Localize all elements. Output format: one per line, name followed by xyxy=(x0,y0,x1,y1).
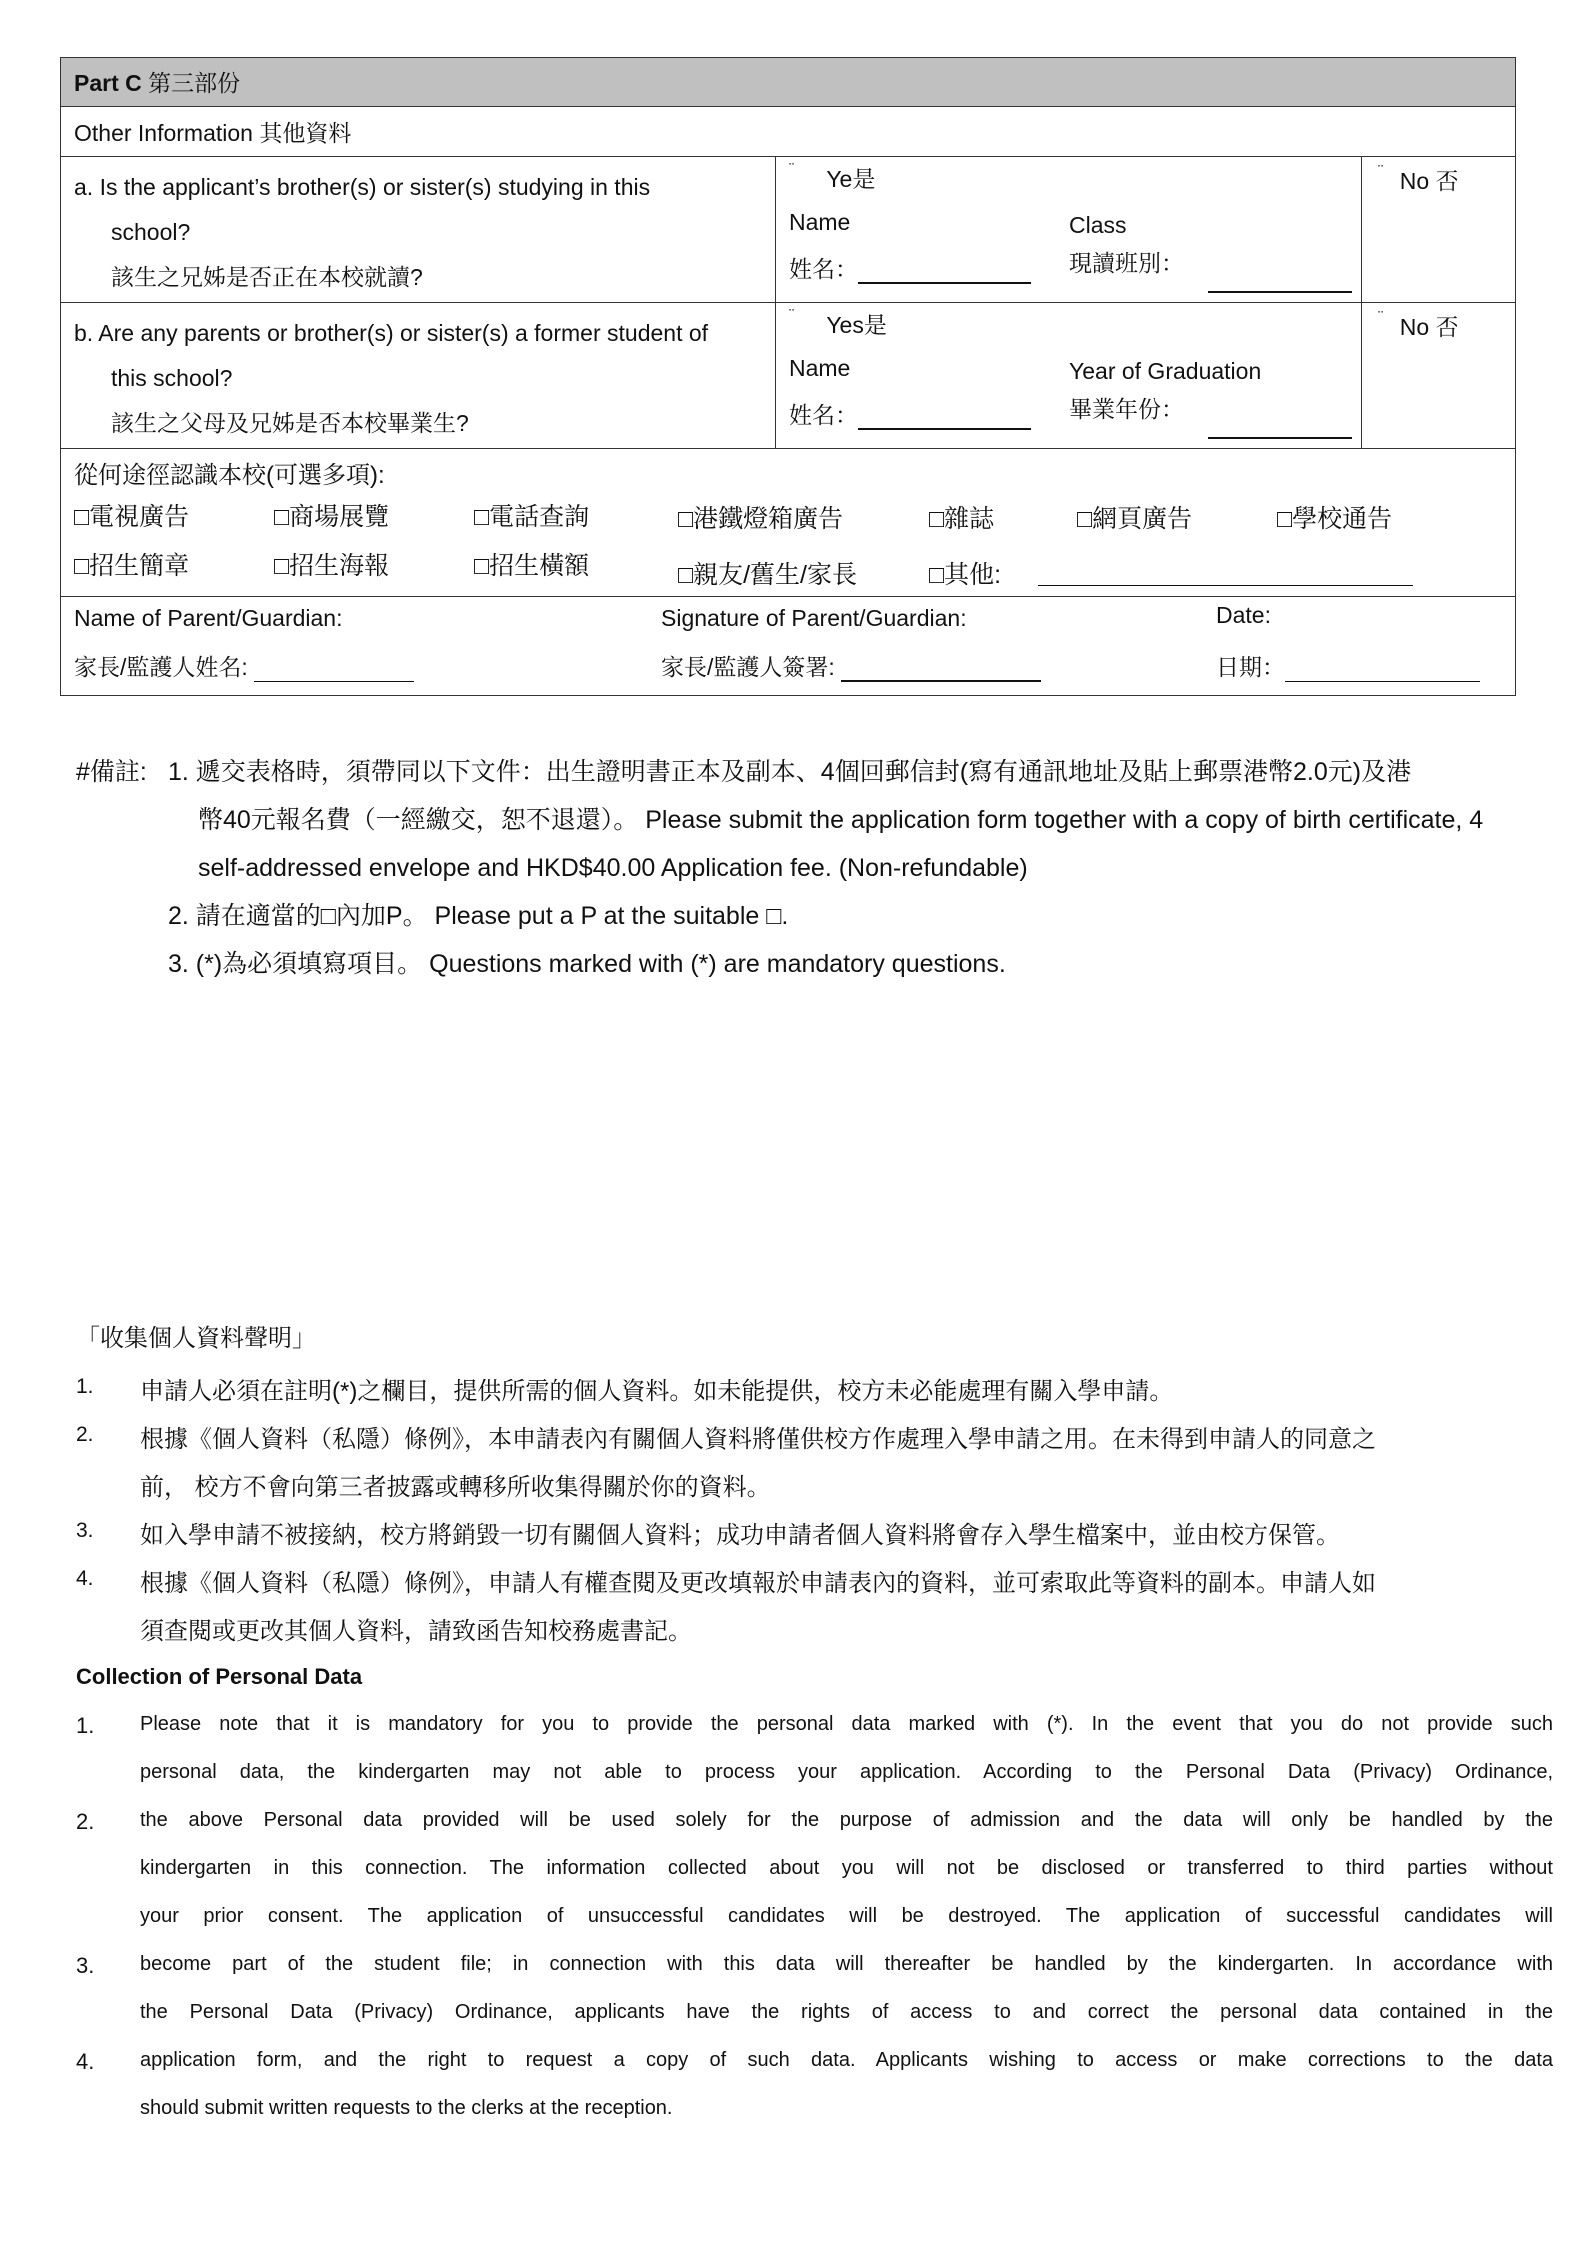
question-b-yes-cell: ¨ Yes是 Name 姓名： Year of Graduation 畢業年份： xyxy=(776,303,1362,448)
note-2: 2. 請在適當的□內加P。 Please put a P at the suit… xyxy=(168,892,788,940)
class-label-en: Class xyxy=(1069,212,1127,239)
guardian-name-field[interactable]: 家長/監護人姓名: xyxy=(74,649,414,682)
privacy-en-num-1: 1. xyxy=(76,1713,94,1739)
graduation-year-input-line[interactable] xyxy=(1208,411,1352,439)
privacy-en-line-2: personal data, the kindergarten may not … xyxy=(140,1761,1553,1784)
date-label-zh: 日期： xyxy=(1216,654,1285,680)
checkbox-icon: ¨ xyxy=(1378,309,1383,326)
question-a-yes-checkbox[interactable]: ¨ Ye是 xyxy=(789,161,875,194)
yes-label: Ye是 xyxy=(826,166,875,192)
how-did-you-know-row: 從何途徑認識本校(可選多項): □電視廣告 □商場展覽 □電話查詢 □港鐵燈箱廣… xyxy=(61,449,1515,597)
privacy-title-zh: 「收集個人資料聲明」 xyxy=(76,1318,316,1353)
question-a-text: a. Is the applicant’s brother(s) or sist… xyxy=(61,157,776,302)
graduation-year-label-zh: 畢業年份： xyxy=(1069,391,1184,424)
other-info-heading: Other Information 其他資料 xyxy=(61,107,1515,157)
channel-option-tv-ad[interactable]: □電視廣告 xyxy=(74,497,189,533)
channel-option-poster[interactable]: □招生海報 xyxy=(274,546,389,582)
question-b-no-checkbox[interactable]: ¨ No 否 xyxy=(1362,303,1515,448)
channel-option-web-ad[interactable]: □網頁廣告 xyxy=(1077,499,1192,535)
privacy-en-line-8: application form, and the right to reque… xyxy=(140,2049,1553,2072)
privacy-en-line-7: the Personal Data (Privacy) Ordinance, a… xyxy=(140,2001,1553,2024)
channel-option-mall-exhibition[interactable]: □商場展覽 xyxy=(274,497,389,533)
date-label-en: Date: xyxy=(1216,602,1271,629)
checkbox-icon: ¨ xyxy=(789,161,794,178)
part-c-label: Part C xyxy=(74,70,142,96)
privacy-zh-num-2: 2. xyxy=(76,1423,94,1447)
checkbox-icon: ¨ xyxy=(1378,163,1383,180)
question-a-no-checkbox[interactable]: ¨ No 否 xyxy=(1362,157,1515,302)
question-a-line2: school? xyxy=(74,210,762,255)
name-label-en: Name xyxy=(789,209,850,236)
question-a-line3-zh: 該生之兄姊是否正在本校就讀? xyxy=(74,255,762,300)
channel-option-mtr-lightbox[interactable]: □港鐵燈箱廣告 xyxy=(678,499,843,535)
notes-prefix: #備註: xyxy=(76,748,147,796)
part-c-label-zh: 第三部份 xyxy=(148,70,240,96)
privacy-en-line-4: kindergarten in this connection. The inf… xyxy=(140,1857,1553,1880)
channel-option-school-notice[interactable]: □學校通告 xyxy=(1277,499,1392,535)
guardian-name-label-en: Name of Parent/Guardian: xyxy=(74,605,342,632)
guardian-signature-input-line[interactable] xyxy=(841,656,1041,682)
privacy-en-num-3: 3. xyxy=(76,1953,94,1979)
privacy-title-en: Collection of Personal Data xyxy=(76,1664,362,1690)
privacy-zh-item-4-line-1: 根據《個人資料（私隱）條例》，申請人有權查閱及更改填報於申請表內的資料，並可索取… xyxy=(140,1563,1376,1598)
no-label: No 否 xyxy=(1400,314,1459,340)
privacy-zh-item-3: 如入學申請不被接納，校方將銷毀一切有關個人資料；成功申請者個人資料將會存入學生檔… xyxy=(140,1515,1340,1550)
note-1-line-2: 幣40元報名費（一經繳交，恕不退還）。 Please submit the ap… xyxy=(198,796,1483,844)
date-input-line[interactable] xyxy=(1285,657,1480,682)
channel-option-prospectus[interactable]: □招生簡章 xyxy=(74,546,189,582)
name-label-en: Name xyxy=(789,355,850,382)
class-input-line[interactable] xyxy=(1208,265,1352,293)
signature-row: Name of Parent/Guardian: 家長/監護人姓名: Signa… xyxy=(61,597,1515,695)
note-3: 3. (*)為必須填寫項目。 Questions marked with (*)… xyxy=(168,940,1006,988)
class-label-zh: 現讀班別： xyxy=(1069,245,1184,278)
privacy-en-num-2: 2. xyxy=(76,1809,94,1835)
privacy-zh-item-1: 申請人必須在註明(*)之欄目，提供所需的個人資料。如未能提供，校方未必能處理有關… xyxy=(140,1371,1173,1406)
note-1-line-3: self-addressed envelope and HKD$40.00 Ap… xyxy=(198,844,1028,892)
privacy-en-line-9: should submit written requests to the cl… xyxy=(140,2097,673,2120)
guardian-signature-label-en: Signature of Parent/Guardian: xyxy=(661,605,967,632)
privacy-en-line-6: become part of the student file; in conn… xyxy=(140,1953,1553,1976)
privacy-en-line-1: Please note that it is mandatory for you… xyxy=(140,1713,1553,1736)
part-c-header: Part C 第三部份 xyxy=(61,58,1515,107)
name-field[interactable]: 姓名： xyxy=(789,251,1031,284)
name-label-zh: 姓名： xyxy=(789,402,858,428)
part-c-form-table: Part C 第三部份 Other Information 其他資料 a. Is… xyxy=(60,57,1516,696)
name-input-line[interactable] xyxy=(858,256,1031,284)
name-field[interactable]: 姓名： xyxy=(789,397,1031,430)
guardian-name-input-line[interactable] xyxy=(254,657,414,682)
channel-option-magazine[interactable]: □雜誌 xyxy=(929,499,994,535)
privacy-zh-item-2-line-2: 前， 校方不會向第三者披露或轉移所收集得關於你的資料。 xyxy=(140,1467,771,1502)
channel-option-other[interactable]: □其他: xyxy=(929,555,1001,591)
yes-label: Yes是 xyxy=(826,312,887,338)
privacy-zh-item-4-line-2: 須查閱或更改其個人資料，請致函告知校務處書記。 xyxy=(140,1611,692,1646)
note-1-line-1: 1. 遞交表格時，須帶同以下文件：出生證明書正本及副本、4個回郵信封(寫有通訊地… xyxy=(168,748,1411,796)
no-label: No 否 xyxy=(1400,168,1459,194)
question-b-text: b. Are any parents or brother(s) or sist… xyxy=(61,303,776,448)
guardian-signature-label-zh: 家長/監護人簽署: xyxy=(661,654,835,680)
checkbox-icon: ¨ xyxy=(789,307,794,324)
question-a-yes-cell: ¨ Ye是 Name 姓名： Class 現讀班別： xyxy=(776,157,1362,302)
question-b-line3-zh: 該生之父母及兄姊是否本校畢業生? xyxy=(74,401,762,446)
channel-option-phone-enquiry[interactable]: □電話查詢 xyxy=(474,497,589,533)
question-b-line1: b. Are any parents or brother(s) or sist… xyxy=(74,311,762,356)
privacy-en-line-5: your prior consent. The application of u… xyxy=(140,1905,1553,1928)
name-label-zh: 姓名： xyxy=(789,256,858,282)
date-field[interactable]: 日期： xyxy=(1216,649,1480,682)
channel-option-banner[interactable]: □招生橫額 xyxy=(474,546,589,582)
privacy-zh-num-1: 1. xyxy=(76,1375,94,1399)
other-channel-input-line[interactable] xyxy=(1038,559,1413,586)
guardian-signature-field[interactable]: 家長/監護人簽署: xyxy=(661,649,1041,682)
question-b-row: b. Are any parents or brother(s) or sist… xyxy=(61,303,1515,449)
privacy-zh-item-2-line-1: 根據《個人資料（私隱）條例》，本申請表內有關個人資料將僅供校方作處理入學申請之用… xyxy=(140,1419,1376,1454)
question-b-yes-checkbox[interactable]: ¨ Yes是 xyxy=(789,307,887,340)
channel-option-friends-alumni-parents[interactable]: □親友/舊生/家長 xyxy=(678,555,857,591)
graduation-year-label-en: Year of Graduation xyxy=(1069,358,1261,385)
privacy-zh-num-3: 3. xyxy=(76,1519,94,1543)
question-b-line2: this school? xyxy=(74,356,762,401)
question-a-line1: a. Is the applicant’s brother(s) or sist… xyxy=(74,165,762,210)
question-a-row: a. Is the applicant’s brother(s) or sist… xyxy=(61,157,1515,303)
privacy-en-line-3: the above Personal data provided will be… xyxy=(140,1809,1553,1832)
privacy-en-num-4: 4. xyxy=(76,2049,94,2075)
channels-title: 從何途徑認識本校(可選多項): xyxy=(74,455,1502,490)
name-input-line[interactable] xyxy=(858,402,1031,430)
privacy-zh-num-4: 4. xyxy=(76,1567,94,1591)
guardian-name-label-zh: 家長/監護人姓名: xyxy=(74,654,248,680)
